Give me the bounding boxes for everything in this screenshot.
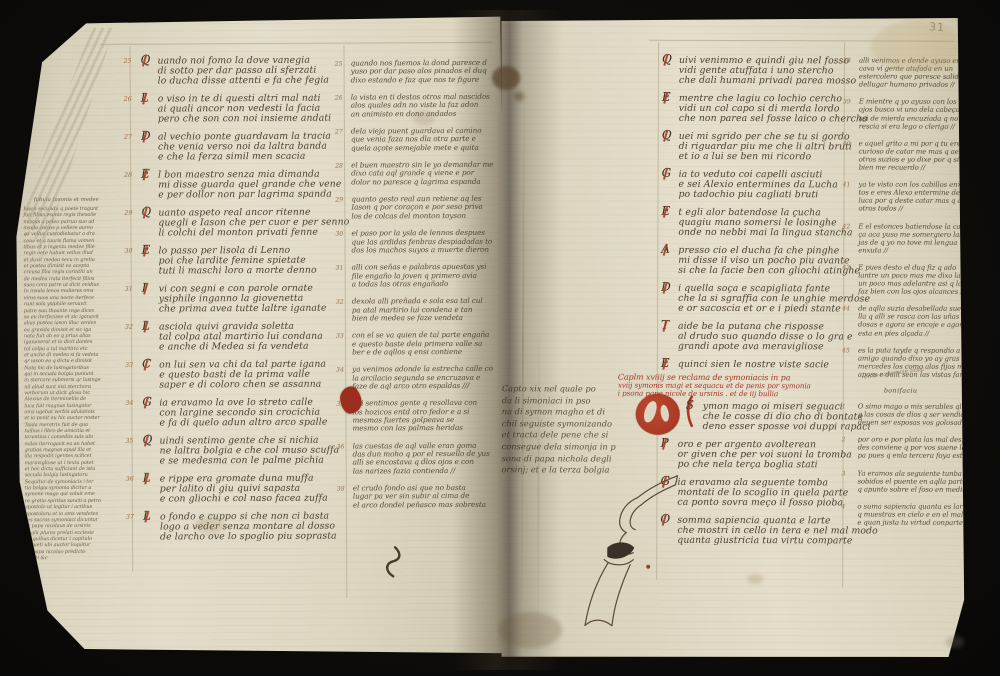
gloss-line: pdicti &c bbox=[25, 555, 111, 562]
translation-line: el arco dondel peñasco mas sobresta bbox=[353, 501, 498, 510]
translation-paragraph: 25quando nos fuemos la dond paresce dyus… bbox=[351, 59, 496, 85]
castilian-translation-column-left: 25quando nos fuemos la dond paresce dyus… bbox=[351, 59, 498, 519]
paragraph-number: 38 bbox=[337, 486, 345, 493]
translation-line: esta en pies alçada // bbox=[858, 329, 964, 337]
translation-paragraph: 40e aquel grito a mi por q tu erescurios… bbox=[859, 139, 965, 172]
verse-tercet: Quei mi sgrido per che se tu si gordodi … bbox=[662, 132, 870, 163]
verse-number: 28 bbox=[124, 172, 132, 179]
translation-paragraph: 36las cuestas de aql valle eran gomadas … bbox=[353, 441, 498, 475]
verse-number: 31 bbox=[125, 286, 133, 293]
translation-paragraph: 42E el estonces batiendose la cabeça aca… bbox=[858, 222, 964, 255]
verse-tercet: P oro e per argento avoltereanor given c… bbox=[661, 440, 869, 471]
translation-line: a todas las otras engañado bbox=[352, 280, 497, 289]
verse-number: 29 bbox=[124, 210, 132, 217]
initial-red-slash bbox=[143, 321, 148, 333]
tercet-initial: Q bbox=[141, 207, 151, 217]
initial-red-slash bbox=[663, 206, 668, 218]
initial-red-slash bbox=[687, 400, 692, 412]
translation-line: e quan justa tu virtud conparte bbox=[857, 518, 963, 526]
verse-line: tuti li maschi loro a morte denno bbox=[142, 266, 347, 277]
verse-line: li colchi del monton privati fenne bbox=[141, 228, 346, 239]
verse-number: 37 bbox=[126, 514, 134, 521]
verse-line: ca ponto sovra meço il fosso pioba bbox=[660, 498, 868, 509]
tercet-initial: E bbox=[661, 206, 670, 216]
initial-red-slash bbox=[142, 55, 147, 67]
translation-paragraph: 4o suma sapiencia quanta es larteq muest… bbox=[857, 502, 963, 527]
tercet-initial: L bbox=[142, 321, 150, 331]
verse-line: quanta giustricia tua virtu comparte bbox=[660, 536, 868, 547]
translation-paragraph: 39E mientre q yo ayuso con losojos busco… bbox=[859, 98, 965, 131]
translation-line: ça aca yuso me somergiero las lison bbox=[858, 230, 964, 238]
verse-tercet: 35Quindi sentimo gente che si nichiane l… bbox=[143, 436, 348, 468]
paragraph-number: 30 bbox=[335, 231, 343, 238]
verse-tercet: 31Ivi con segni e con parole ornateysiph… bbox=[142, 284, 347, 316]
initial-red-slash bbox=[663, 130, 668, 142]
ruling-line bbox=[129, 47, 133, 572]
translation-line: bien de medea se faze vendeta bbox=[352, 314, 497, 323]
translation-line: dos los machos suyos a muerte dieron bbox=[352, 246, 497, 255]
paragraph-number: 44 bbox=[842, 306, 850, 313]
folio-number-pencil: 31 bbox=[929, 20, 946, 34]
verse-line: po tadochio piu cagliati bruti bbox=[661, 190, 869, 201]
italian-verse-column-left: 25Quando noi fomo la dove vanegiadi sott… bbox=[141, 56, 349, 551]
initial-red-slash bbox=[663, 54, 668, 66]
verse-number: 30 bbox=[125, 248, 133, 255]
paragraph-number: 36 bbox=[337, 443, 345, 450]
tercet-initial: S bbox=[686, 400, 694, 410]
translation-paragraph: 41ya te visto con los cabillos enxutos e… bbox=[858, 181, 964, 214]
paragraph-number: 34 bbox=[336, 367, 344, 374]
translation-line: sobidos el puente en aqlla parte bbox=[857, 477, 963, 485]
tercet-initial: E bbox=[141, 169, 150, 179]
paragraph-number: 42 bbox=[842, 223, 850, 230]
verse-tercet: 32Lasciola quivi gravida solettatal colp… bbox=[142, 322, 347, 354]
translation-line: las narizes fazia contienda // bbox=[353, 466, 498, 475]
initial-red-slash bbox=[144, 435, 149, 447]
verse-number: 34 bbox=[125, 400, 133, 407]
verse-line: che prima avea tutte laltre iganate bbox=[142, 304, 347, 315]
tercet-initial: Q bbox=[141, 55, 151, 65]
verse-line: grandi apote ava meravigliose bbox=[661, 342, 869, 353]
tercet-initial: E bbox=[662, 92, 671, 102]
paragraph-number: 27 bbox=[335, 129, 343, 136]
tercet-initial: G bbox=[662, 168, 672, 178]
paragraph-number: 40 bbox=[843, 140, 851, 147]
initial-red-slash bbox=[143, 283, 148, 295]
translation-line: es la puta tayde q respondio a su bbox=[858, 346, 964, 354]
verse-number: 36 bbox=[126, 476, 134, 483]
tercet-initial: A bbox=[661, 244, 670, 254]
italian-verse-column-right-xix: Symon mago oi miseri seguaciche le cosse… bbox=[660, 402, 869, 555]
paragraph-number: 41 bbox=[843, 182, 851, 189]
translation-line: an animisto en dono andados bbox=[351, 109, 496, 118]
translation-paragraph: 27dela vieja puent guardava el caminoque… bbox=[351, 127, 496, 153]
castilian-translation-column-right: 38alli venimos e dende ayuso enlacava vi… bbox=[858, 56, 965, 387]
paragraph-number: 25 bbox=[335, 61, 343, 68]
gloss-heading: fabula Iasonis et medee bbox=[23, 197, 109, 203]
foxing-stain bbox=[747, 574, 763, 584]
paragraph-number: 32 bbox=[336, 299, 344, 306]
manicule-drawing bbox=[567, 459, 686, 631]
translation-paragraph: 32dexola alli preñada e sola esa tal cul… bbox=[352, 297, 497, 323]
tercet-initial: D bbox=[661, 282, 671, 292]
translation-line: q apunto sobre el foso en medio bbox=[857, 485, 963, 493]
verse-tercet: 27Dal vechio ponte guardavam la traciach… bbox=[141, 132, 346, 164]
red-ink-dot bbox=[646, 565, 650, 569]
paragraph-number: 28 bbox=[335, 163, 343, 170]
margin-rubric-line: chil seguiste symonizando bbox=[502, 418, 654, 430]
translation-line: E el estonces batiendose la cabe bbox=[858, 222, 964, 230]
verse-number: 25 bbox=[124, 58, 132, 65]
verse-line: e che la ferza simil men scacia bbox=[141, 152, 346, 163]
paragraph-number: 39 bbox=[843, 99, 851, 106]
paragraph-number: 1 bbox=[842, 403, 846, 410]
verse-line: e anche di Medea si fa vendeta bbox=[142, 342, 347, 353]
margin-rubric-line: da li simoniaci in pso bbox=[502, 395, 654, 407]
verse-tercet: 25Quando noi fomo la dove vanegiadi sott… bbox=[141, 56, 346, 88]
initial-red-slash bbox=[662, 358, 667, 370]
tercet-initial: G bbox=[142, 397, 152, 407]
translation-paragraph: 43E pues desto el duq fiz q adolantre un… bbox=[858, 263, 964, 296]
verse-number: 27 bbox=[124, 134, 132, 141]
initial-red-slash bbox=[144, 397, 149, 409]
tercet-initial: T bbox=[661, 320, 669, 330]
initial-red-slash bbox=[663, 244, 668, 256]
verse-number: 32 bbox=[125, 324, 133, 331]
verse-tercet: Gia to veduto coi capelli asciutie sei A… bbox=[661, 170, 869, 201]
initial-red-slash bbox=[663, 282, 668, 294]
initial-red-slash bbox=[144, 473, 149, 485]
margin-rubric-line: et tracta dele pene che si bbox=[502, 430, 654, 442]
italian-verse-column-right: Quivi venimmo e quindi giu nel fossovidi… bbox=[661, 56, 870, 378]
tercet-initial: I bbox=[142, 283, 147, 293]
verse-tercet: Quivi venimmo e quindi giu nel fossovidi… bbox=[662, 56, 870, 87]
verse-tercet: 37Lo fondo e cuppo si che non ci bastalo… bbox=[143, 512, 348, 544]
paragraph-number: 26 bbox=[335, 95, 343, 102]
verse-line: po che nela terça boglia stati bbox=[661, 460, 869, 471]
verse-tercet: Apresso cio el ducha fa che pinghemi dis… bbox=[661, 246, 869, 277]
translation-line: rescia si era lego o clerigo // bbox=[859, 122, 965, 130]
verse-tercet: Et egli alor batendose la çuchaquagiu ma… bbox=[661, 208, 869, 239]
translation-line: curioso de catar me mas q aesto bbox=[859, 147, 965, 155]
ruling-line bbox=[649, 40, 954, 42]
tercet-initial: E bbox=[661, 358, 670, 368]
initial-red-slash bbox=[143, 169, 148, 181]
tercet-initial: L bbox=[143, 511, 151, 521]
translation-line: mesmo con las palmas heridas bbox=[352, 424, 497, 433]
margin-rubric-line: na di symon magho et di bbox=[502, 406, 654, 418]
paragraph-number: 33 bbox=[336, 333, 344, 340]
verse-tercet: E mentre che lagiu co lochio cerchovidi … bbox=[662, 94, 870, 125]
translation-paragraph: 1O simo mago o mis serables ql seguiesq … bbox=[858, 402, 964, 427]
translation-line: ber e de aqllos q ensi contiene bbox=[352, 348, 497, 357]
translation-line: Ya eramos ala seguiente tunba bbox=[858, 469, 964, 477]
tercet-initial: Q bbox=[662, 130, 672, 140]
translation-paragraph: 35alli sentimos gente q resollava conlos… bbox=[352, 399, 497, 433]
translation-line: asi de mierda encuziada q no pa bbox=[859, 114, 965, 122]
paragraph-number: 3 bbox=[842, 470, 846, 477]
top-edge-mark: m bbox=[955, 15, 961, 22]
translation-line: dixo estando e faz que nos te figure bbox=[351, 75, 496, 84]
initial-red-slash bbox=[662, 320, 667, 332]
paragraph-number: 45 bbox=[842, 347, 850, 354]
verse-tercet: Gia eravamo ala seguente tombamontati de… bbox=[660, 478, 868, 509]
verse-number: 26 bbox=[124, 96, 132, 103]
initial-red-slash bbox=[142, 93, 147, 105]
verse-line: si che la facie ben con gliochi atinghe bbox=[661, 266, 869, 277]
translation-paragraph: 3Ya eramos ala seguiente tunbasobidos el… bbox=[857, 469, 963, 494]
right-page: Quivi venimmo e quindi giu nel fossovidi… bbox=[497, 13, 967, 665]
ruling-line bbox=[100, 42, 492, 45]
translation-line: quela açote semejable mete e quita bbox=[351, 144, 496, 153]
translation-line: e aquel grito a mi por q tu eres bbox=[859, 139, 965, 147]
paragraph-number: 29 bbox=[335, 197, 343, 204]
initial-red-slash bbox=[143, 245, 148, 257]
tercet-initial: C bbox=[142, 359, 151, 369]
tercet-initial: Q bbox=[143, 435, 153, 445]
verse-tercet: 34Gia eravamo la ove lo streto callecon … bbox=[142, 398, 347, 430]
translation-paragraph: 26la vista en ti destos otros mal nascid… bbox=[351, 93, 496, 119]
verse-line: deno esser sposse voi duppi rapaci bbox=[686, 422, 869, 433]
verse-line: de larcho ove lo spoglio piu soprasta bbox=[143, 532, 348, 543]
paragraph-number: 43 bbox=[842, 264, 850, 271]
verse-tercet: 29Quanto aspeto real ancor ritennequegli… bbox=[141, 208, 346, 240]
tercet-initial: P bbox=[661, 438, 669, 448]
translation-line: ojos busco vi uno dela cabeça bbox=[859, 106, 965, 114]
verse-tercet: 36Le rippe era gromate duna muffaper lal… bbox=[143, 474, 348, 506]
verse-tercet: 30Elo passo per lisola di Lennopoi che l… bbox=[142, 246, 347, 278]
gloss-line: et io ponit eu hic auctor noster bbox=[24, 415, 110, 422]
paragraph-number: 4 bbox=[841, 503, 845, 510]
canto-heading-note: bonifaciu bbox=[884, 387, 918, 395]
verse-line: e se medesma con le palme pichia bbox=[143, 456, 348, 467]
verse-number: 33 bbox=[125, 362, 133, 369]
verse-tercet: Osomma sapiencia quanta e larteche mostr… bbox=[660, 516, 868, 547]
translation-line: deuen ser esposas vos golosadores bbox=[858, 419, 964, 427]
translation-paragraph: 28el buen maestro sin le yo demandar med… bbox=[351, 161, 496, 187]
verse-tercet: Symon mago oi miseri seguaciche le cosse… bbox=[661, 402, 869, 433]
translation-paragraph: 31alli con señas e palabras apuestas ysi… bbox=[352, 263, 497, 289]
translation-line: dolor no paresce q lagrima espanda bbox=[351, 178, 496, 187]
translation-paragraph: 38el crudo fondo asi que no bastalugar p… bbox=[353, 484, 498, 510]
translation-line: los de colcas del monton toyson bbox=[351, 212, 496, 221]
verse-line: lo ducha disse attenti e fa che fegia bbox=[141, 76, 346, 87]
translation-line: amigo quando dixo yo ay gras bbox=[858, 354, 964, 362]
verse-line: che dali humani privadi parea mosso bbox=[662, 76, 870, 87]
translation-paragraph: 34ya venimos adonde la estrecha calle co… bbox=[352, 365, 497, 391]
tercet-initial: L bbox=[143, 473, 151, 483]
translation-line: jas de q yo no tove mi lengua bbox=[858, 238, 964, 246]
verse-line: et io a lui se ben mi ricordo bbox=[662, 152, 870, 163]
verse-line: e con gliochi e col naso facea zuffa bbox=[143, 494, 348, 505]
verse-line: pero che son con noi insieme andati bbox=[141, 114, 346, 125]
verse-number: 35 bbox=[126, 438, 134, 445]
initial-red-slash bbox=[142, 131, 147, 143]
page-crease bbox=[537, 313, 540, 663]
castilian-translation-column-right-xix: 1O simo mago o mis serables ql seguiesq … bbox=[857, 402, 963, 535]
verse-line: onde no nebbi mai la lingua stancha bbox=[661, 228, 869, 239]
verse-tercet: Di quella soça e scapigliata fanteche la… bbox=[661, 284, 869, 315]
translation-paragraph: 38alli venimos e dende ayuso enlacava vi… bbox=[859, 56, 965, 89]
translation-paragraph: 30el paso por la ysla de lennos despuesq… bbox=[351, 229, 496, 255]
tercet-initial: L bbox=[141, 93, 149, 103]
initial-red-slash bbox=[662, 438, 667, 450]
translation-line: otros todos // bbox=[858, 205, 964, 213]
verse-line: Equinci sien le nostre viste sacie bbox=[661, 360, 869, 371]
initial-red-slash bbox=[144, 511, 149, 523]
verse-line: saper e di coloro chen se assanna bbox=[142, 380, 347, 391]
initial-red-slash bbox=[663, 168, 668, 180]
paragraph-number: 2 bbox=[842, 437, 846, 444]
marginal-gloss-column: fabula Iasonis et medee Iason secundu q … bbox=[23, 197, 111, 562]
tercet-initial: D bbox=[141, 131, 151, 141]
verse-tercet: Taide be la putana che risposseal drudo … bbox=[661, 322, 869, 353]
translation-line: o suma sapiencia quanta es larte bbox=[857, 502, 963, 510]
translation-line: faze de aql arco otro espaldas /// bbox=[352, 382, 497, 391]
verse-tercet: 33Con lui sen va chi da tal parte iganae… bbox=[142, 360, 347, 392]
translation-line: bien me recuerdo // bbox=[859, 163, 965, 171]
translation-line: pa pues q enla tercera foya estades bbox=[858, 452, 964, 460]
margin-rubric-line: Capto xix nel quale po bbox=[502, 383, 654, 395]
translation-paragraph: 2por oro e por plata las mal despojades … bbox=[858, 436, 964, 461]
verse-tercet: 26Lo viso in te di questi altri mal nati… bbox=[141, 94, 346, 126]
translation-line: dosas e agora se encoje e agora bbox=[858, 321, 964, 329]
verse-tercet: Equinci sien le nostre viste sacie bbox=[661, 360, 869, 371]
verse-line: e or sacoscia et or e i piedi stante bbox=[661, 304, 869, 315]
translation-line: enxuta // bbox=[858, 246, 964, 254]
left-page: fabula Iasonis et medee Iason secundu q … bbox=[12, 15, 507, 663]
initial-red-slash bbox=[143, 207, 148, 219]
manuscript-photo: fabula Iasonis et medee Iason secundu q … bbox=[0, 0, 1000, 676]
verse-line: che non parea sel fosse laico o chercho bbox=[662, 114, 870, 125]
translation-paragraph: 44de aqlla suzia desabellada suella q al… bbox=[858, 305, 964, 338]
translation-line: faz bien con los ojos alcances // bbox=[858, 288, 964, 296]
initial-red-slash bbox=[144, 359, 149, 371]
verse-tercet: 28El bon maestro senza mia dimandami dis… bbox=[141, 170, 346, 202]
margin-rubric-line: consegue dela simonja in p bbox=[502, 441, 654, 453]
translation-paragraph: 29quanto gesto real aun retiene aq lesIa… bbox=[351, 195, 496, 221]
verse-line: e fa di quelo adun altro arco spalle bbox=[142, 418, 347, 429]
page-crease bbox=[521, 63, 525, 643]
verse-line: e per dollor non par lagrima spanda bbox=[141, 190, 346, 201]
paragraph-number: 31 bbox=[336, 265, 344, 272]
gloss-line: in stercore submersi qr lusinge bbox=[24, 377, 110, 384]
tercet-initial: Q bbox=[662, 54, 672, 64]
tercet-initial: E bbox=[142, 245, 151, 255]
paragraph-number: 38 bbox=[843, 57, 851, 64]
scribal-flourish bbox=[381, 545, 405, 579]
initial-red-slash bbox=[663, 92, 668, 104]
translation-line: dellugar humano privados // bbox=[859, 81, 965, 89]
translation-paragraph: 33con el se va quien de tal parte engaña… bbox=[352, 331, 497, 357]
